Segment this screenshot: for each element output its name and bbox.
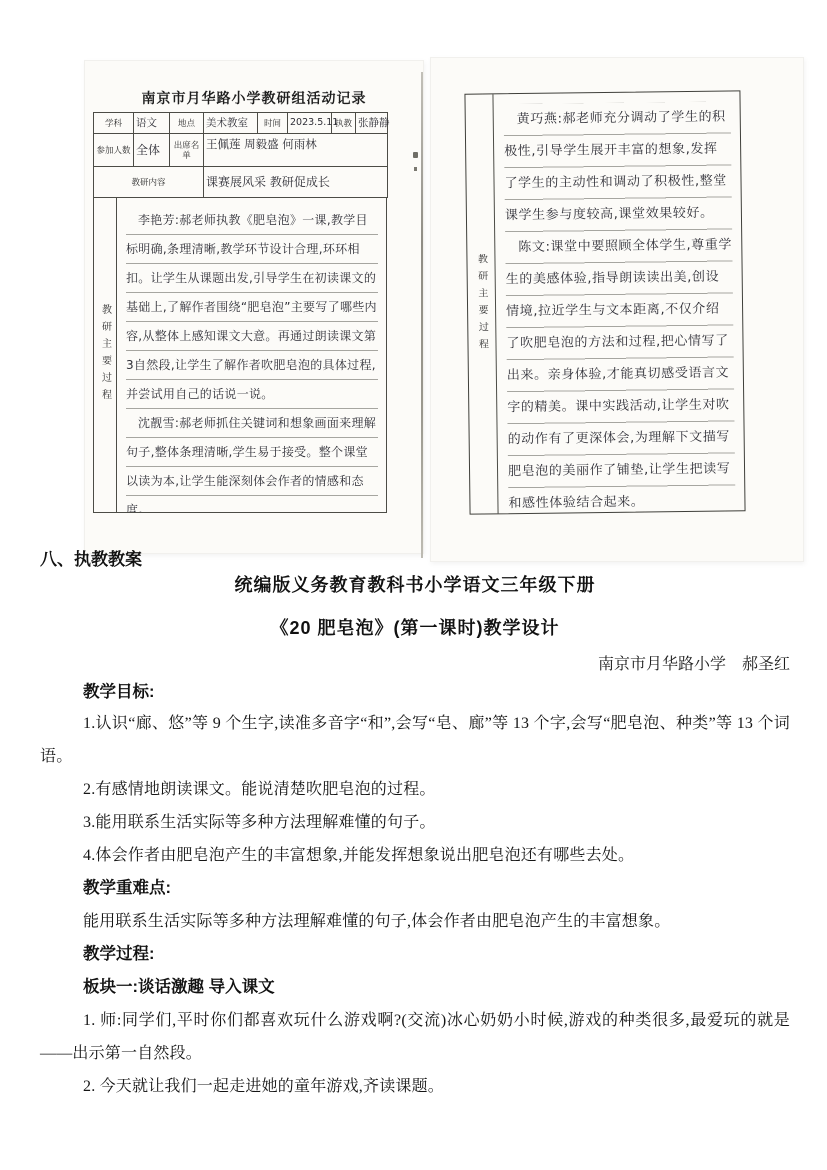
handwritten-comment-2: 沈靓雪:郝老师抓住关键词和想象画面来理解句子,整体条理清晰,学生易于接受。整个课… xyxy=(126,409,378,512)
doc-title-line2: 《20 肥皂泡》(第一课时)教学设计 xyxy=(40,615,790,641)
scan-page-right: 教研主要过程 黄巧燕:郝老师充分调动了学生的积极性,引导学生展开丰富的想象,发挥… xyxy=(430,57,804,562)
handwritten-comment-1: 李艳芳:郝老师执教《肥皂泡》一课,教学目标明确,条理清晰,教学环节设计合理,环环… xyxy=(126,206,378,409)
block1-heading: 板块一:谈话激趣 导入课文 xyxy=(40,971,790,1004)
field-value-teacher: 张静静 xyxy=(356,113,388,134)
ink-smudge xyxy=(413,152,418,158)
field-label-place: 地点 xyxy=(170,113,204,134)
field-value-participants: 全体 xyxy=(134,134,170,167)
page-fold-line xyxy=(421,72,423,558)
objectives-heading: 教学目标: xyxy=(40,677,790,707)
handwritten-comment-4: 陈文:课堂中要照顾全体学生,尊重学生的美感体验,指导朗读读出美,创设情境,拉近学… xyxy=(505,229,736,513)
process-content-left: 李艳芳:郝老师执教《肥皂泡》一课,教学目标明确,条理清晰,教学环节设计合理,环环… xyxy=(117,198,386,512)
section-heading: 八、执教教案 xyxy=(40,548,790,572)
field-value-attendees: 王佩莲 周毅盛 何雨林 xyxy=(204,134,388,167)
form-title: 南京市月华路小学教研组活动记录 xyxy=(85,88,423,108)
field-value-subject: 语文 xyxy=(134,113,170,134)
objective-item-1: 1.认识“廊、悠”等 9 个生字,读准多音字“和”,会写“皂、廊”等 13 个字… xyxy=(40,707,790,773)
field-label-participants: 参加人数 xyxy=(94,134,134,167)
field-label-teacher: 执教 xyxy=(332,113,356,134)
document-page: 南京市月华路小学教研组活动记录 学科 语文 地点 美术教室 时间 2023.5.… xyxy=(0,0,827,1170)
process-content-right: 黄巧燕:郝老师充分调动了学生的积极性,引导学生展开丰富的想象,发挥了学生的主动性… xyxy=(493,91,744,513)
key-points-heading: 教学重难点: xyxy=(40,872,790,905)
process-label: 教研主要过程 xyxy=(98,304,113,406)
field-label-time: 时间 xyxy=(258,113,288,134)
objective-item-4: 4.体会作者由肥皂泡产生的丰富想象,并能发挥想象说出肥皂泡还有哪些去处。 xyxy=(40,839,790,872)
field-label-content: 教研内容 xyxy=(94,167,204,198)
step-item-2: 2. 今天就让我们一起走进她的童年游戏,齐读课题。 xyxy=(40,1070,790,1103)
process-section-left: 教研主要过程 李艳芳:郝老师执教《肥皂泡》一课,教学目标明确,条理清晰,教学环节… xyxy=(93,197,387,513)
field-label-subject: 学科 xyxy=(94,113,134,134)
handwritten-comment-3: 黄巧燕:郝老师充分调动了学生的积极性,引导学生展开丰富的想象,发挥了学生的主动性… xyxy=(504,101,733,232)
field-label-attendees: 出席名单 xyxy=(170,134,204,167)
field-value-time: 2023.5.11 xyxy=(288,113,332,134)
process-label-column: 教研主要过程 xyxy=(94,198,117,512)
objective-item-2: 2.有感情地朗读课文。能说清楚吹肥皂泡的过程。 xyxy=(40,773,790,806)
process-heading: 教学过程: xyxy=(40,938,790,971)
lesson-plan-text: 八、执教教案 统编版义务教育教科书小学语文三年级下册 《20 肥皂泡》(第一课时… xyxy=(40,548,790,1103)
process-section-right: 教研主要过程 黄巧燕:郝老师充分调动了学生的积极性,引导学生展开丰富的想象,发挥… xyxy=(464,90,745,514)
field-value-place: 美术教室 xyxy=(204,113,258,134)
process-label-right: 教研主要过程 xyxy=(473,253,489,355)
step-item-1: 1. 师:同学们,平时你们都喜欢玩什么游戏啊?(交流)冰心奶奶小时候,游戏的种类… xyxy=(40,1004,790,1070)
objective-item-3: 3.能用联系生活实际等多种方法理解难懂的句子。 xyxy=(40,806,790,839)
key-points-text: 能用联系生活实际等多种方法理解难懂的句子,体会作者由肥皂泡产生的丰富想象。 xyxy=(40,905,790,938)
scan-page-left: 南京市月华路小学教研组活动记录 学科 语文 地点 美术教室 时间 2023.5.… xyxy=(84,60,424,554)
record-form-table: 学科 语文 地点 美术教室 时间 2023.5.11 执教 张静静 参加人数 全… xyxy=(93,112,388,198)
field-value-content: 课赛展风采 教研促成长 xyxy=(204,167,388,198)
doc-title-line1: 统编版义务教育教科书小学语文三年级下册 xyxy=(40,572,790,598)
byline: 南京市月华路小学 郝圣红 xyxy=(40,653,790,677)
